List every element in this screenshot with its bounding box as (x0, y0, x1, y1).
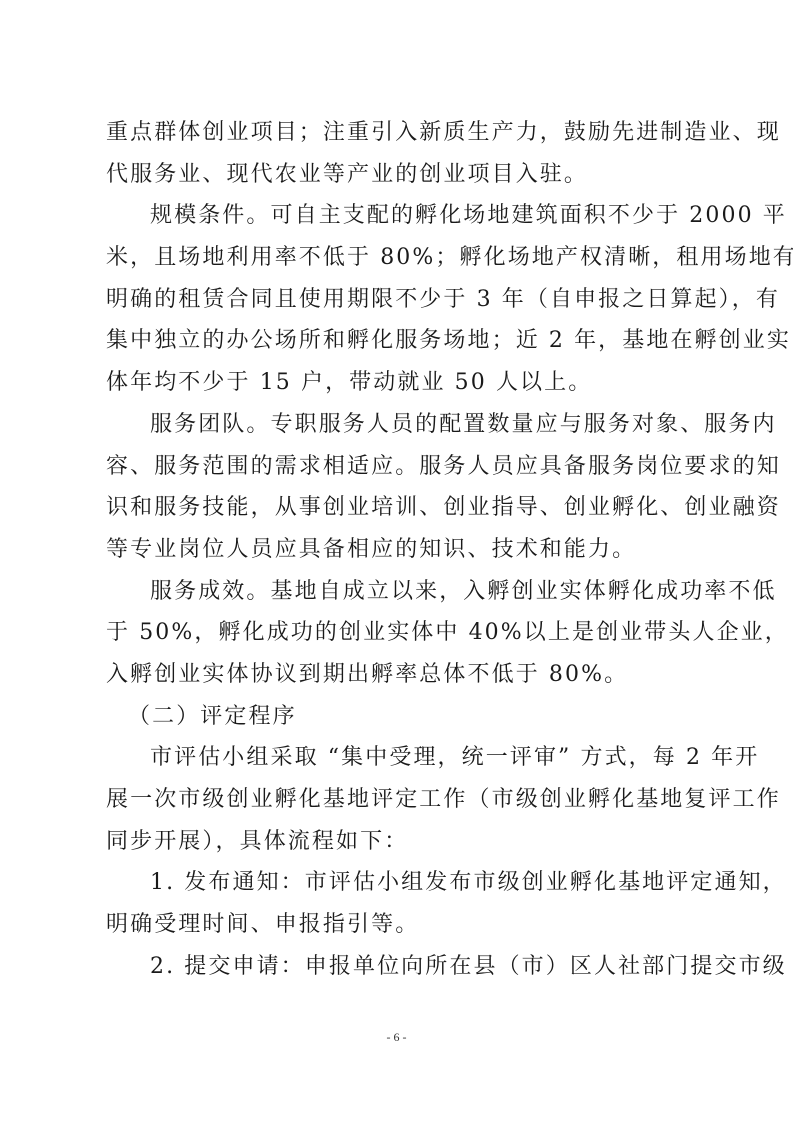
paragraph-service-effect: 服务成效。基地自成立以来，入孵创业实体孵化成功率不低 于 50%，孵化成功的创业… (106, 571, 694, 696)
paragraph-continuation: 重点群体创业项目；注重引入新质生产力，鼓励先进制造业、现 代服务业、现代农业等产… (106, 112, 694, 195)
text-line: 集中独立的办公场所和孵化服务场地；近 2 年，基地在孵创业实 (106, 320, 694, 362)
paragraph-scale-conditions: 规模条件。可自主支配的孵化场地建筑面积不少于 2000 平 米，且场地利用率不低… (106, 195, 694, 403)
heading-text: （二）评定程序 (106, 696, 694, 738)
text-line: 同步开展），具体流程如下： (106, 821, 694, 863)
document-page: 重点群体创业项目；注重引入新质生产力，鼓励先进制造业、现 代服务业、现代农业等产… (106, 112, 694, 987)
text-line: 于 50%，孵化成功的创业实体中 40%以上是创业带头人企业， (106, 612, 694, 654)
paragraph-step-2: 2. 提交申请：申报单位向所在县（市）区人社部门提交市级 (106, 946, 694, 988)
text-line: 规模条件。可自主支配的孵化场地建筑面积不少于 2000 平 (106, 195, 694, 237)
text-line: 市评估小组采取 “集中受理，统一评审” 方式，每 2 年开 (106, 737, 694, 779)
text-line: 展一次市级创业孵化基地评定工作（市级创业孵化基地复评工作 (106, 779, 694, 821)
paragraph-procedure-intro: 市评估小组采取 “集中受理，统一评审” 方式，每 2 年开 展一次市级创业孵化基… (106, 737, 694, 862)
text-line: 服务团队。专职服务人员的配置数量应与服务对象、服务内 (106, 404, 694, 446)
text-line: 明确受理时间、申报指引等。 (106, 904, 694, 946)
text-line: 米，且场地利用率不低于 80%；孵化场地产权清晰，租用场地有 (106, 237, 694, 279)
section-heading-procedure: （二）评定程序 (106, 696, 694, 738)
text-line: 服务成效。基地自成立以来，入孵创业实体孵化成功率不低 (106, 571, 694, 613)
text-line: 识和服务技能，从事创业培训、创业指导、创业孵化、创业融资 (106, 487, 694, 529)
paragraph-step-1: 1. 发布通知：市评估小组发布市级创业孵化基地评定通知， 明确受理时间、申报指引… (106, 862, 694, 945)
text-line: 代服务业、现代农业等产业的创业项目入驻。 (106, 154, 694, 196)
page-number: - 6 - (0, 1030, 793, 1045)
text-line: 体年均不少于 15 户，带动就业 50 人以上。 (106, 362, 694, 404)
paragraph-service-team: 服务团队。专职服务人员的配置数量应与服务对象、服务内 容、服务范围的需求相适应。… (106, 404, 694, 571)
text-line: 等专业岗位人员应具备相应的知识、技术和能力。 (106, 529, 694, 571)
text-line: 明确的租赁合同且使用期限不少于 3 年（自申报之日算起），有 (106, 279, 694, 321)
text-line: 入孵创业实体协议到期出孵率总体不低于 80%。 (106, 654, 694, 696)
text-line: 容、服务范围的需求相适应。服务人员应具备服务岗位要求的知 (106, 446, 694, 488)
text-line: 1. 发布通知：市评估小组发布市级创业孵化基地评定通知， (106, 862, 694, 904)
text-line: 重点群体创业项目；注重引入新质生产力，鼓励先进制造业、现 (106, 112, 694, 154)
text-line: 2. 提交申请：申报单位向所在县（市）区人社部门提交市级 (106, 946, 694, 988)
